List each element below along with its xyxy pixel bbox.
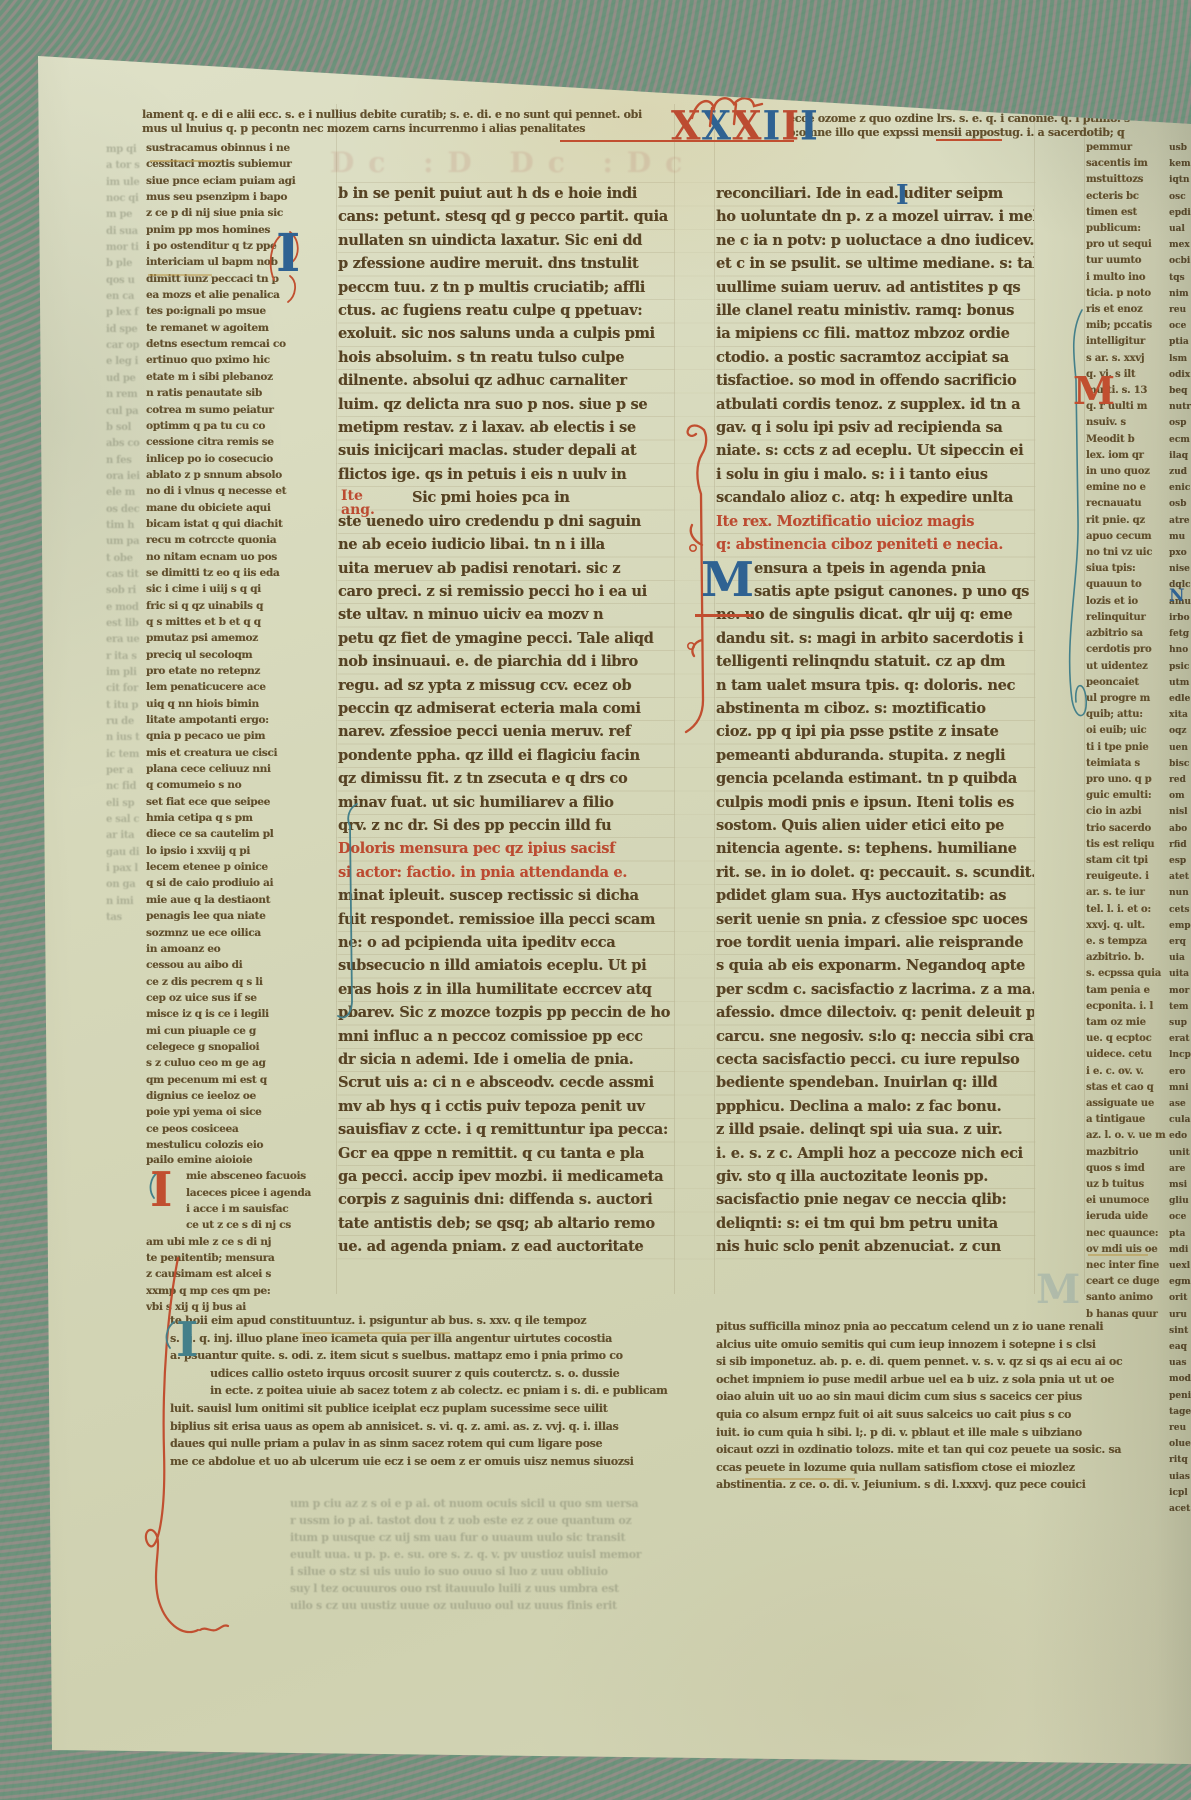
- text-line: dr sicia n ademi. Ide i omelia de pnia.: [338, 1048, 674, 1071]
- ghost-initial-m: M: [1036, 1270, 1080, 1310]
- text-line: bicam istat q qui diachit: [146, 516, 334, 532]
- text-line: oicaut ozzi in ozdinatio tolozs. mite et…: [716, 1441, 1191, 1459]
- text-line: mv ab hys q i cctis puiv tepoza penit uv: [338, 1095, 674, 1118]
- text-line: uz b tuitus: [1086, 1177, 1170, 1193]
- text-line: suis inicijcari maclas. studer depali at: [338, 439, 674, 462]
- text-line: azbitrio. b.: [1086, 950, 1170, 966]
- text-line: r ussm io p ai. tastot dou t z uob este …: [290, 1512, 1060, 1529]
- text-line: z illd psaie. delinqt spi uia sua. z uir…: [716, 1118, 1034, 1141]
- text-line: cecta sacisfactio pecci. cu iure repulso: [716, 1048, 1034, 1071]
- text-line: cessione citra remis se: [146, 434, 334, 450]
- text-line: uidece. cetu: [1086, 1047, 1170, 1063]
- text-line: peccin qz admiserat ecteria mala comi: [338, 697, 674, 720]
- text-line: cotrea m sumo peiatur: [146, 402, 334, 418]
- text-line: optimm q pa tu cu co: [146, 418, 334, 434]
- text-line: dandu sit. s: magi in arbito sacerdotis …: [716, 627, 1034, 650]
- text-line: tate antistis deb; se qsq; ab altario re…: [338, 1212, 674, 1235]
- text-line: dilnente. absolui qz adhuc carnaliter: [338, 369, 674, 392]
- text-line: ga pecci. accip ipev mozbi. ii medicamet…: [338, 1165, 674, 1188]
- text-line: qnia p pecaco ue pim: [146, 728, 334, 744]
- text-line: litate ampotanti ergo:: [146, 712, 334, 728]
- text-line: emine no e: [1086, 480, 1170, 496]
- showthrough-capitals: Dc :D Dc :Dc: [330, 146, 696, 179]
- text-line: relinquitur: [1086, 610, 1170, 626]
- text-line: stas et cao q: [1086, 1080, 1170, 1096]
- text-line: afessio. dmce dilectoiv. q: penit deleui…: [716, 1001, 1034, 1024]
- text-line: alcius uite omuio semitis qui cum ieup i…: [716, 1336, 1191, 1354]
- text-line: nullaten sn uindicta laxatur. Sic eni dd: [338, 229, 674, 252]
- text-line: quauun to: [1086, 577, 1170, 593]
- text-line: pro uno. q p: [1086, 772, 1170, 788]
- showthrough-left-column: mp qia tor sim ule noc qim pe di sua mor…: [106, 142, 140, 927]
- text-line: sozmnz ue ece oilica: [146, 925, 334, 941]
- text-line: eras hois z in illa humilitate eccrcev a…: [338, 978, 674, 1001]
- text-line: ho uoluntate dn p. z a mozel uirrav. i m…: [716, 205, 1034, 228]
- text-line: Meodit b: [1086, 432, 1170, 448]
- text-line: abstinenta m ciboz. s: moztificatio: [716, 697, 1034, 720]
- numeral-underline: [560, 140, 794, 142]
- text-line: pemmur: [1086, 140, 1170, 156]
- text-line: sostom. Quis alien uider etici eito pe: [716, 814, 1034, 837]
- text-line: reconciliari. Ide in ead. uditer seipm: [716, 182, 1034, 205]
- text-line: mazbitrio: [1086, 1145, 1170, 1161]
- text-line: Sic pmi hoies pca in: [338, 486, 674, 509]
- text-line: ablato z p snnum absolo: [146, 467, 334, 483]
- text-line: sauisfiav z ccte. i q remittuntur ipa pe…: [338, 1118, 674, 1141]
- text-line: fuit respondet. remissioe illa pecci sca…: [338, 908, 674, 931]
- text-line: e. s tempza: [1086, 934, 1170, 950]
- text-line: s. ecpssa quia: [1086, 966, 1170, 982]
- text-line: cep oz uice sus if se: [146, 990, 334, 1006]
- showthrough-bottom-text: um p ciu az z s oi e p ai. ot nuom ocuis…: [290, 1495, 1060, 1614]
- text-line: in amoanz eo: [146, 941, 334, 957]
- text-line: hmia cetipa q s pm: [146, 810, 334, 826]
- text-line: qrv. z nc dr. Si des pp peccin illd fu: [338, 814, 674, 837]
- text-line: ccas peuete in lozume quia nullam satisf…: [716, 1459, 1191, 1477]
- text-line: ecce ozome z quo ozdine lrs. s. e. q. i …: [788, 112, 1191, 126]
- text-line: pro etate no retepnz: [146, 663, 334, 679]
- text-line: n ratis penautate sib: [146, 385, 334, 401]
- text-line: oiao aluin uit uo ao sin maui dicim cum …: [716, 1388, 1191, 1406]
- text-line: plana cece celiuuz nni: [146, 761, 334, 777]
- text-line: lecem etenee p oinice: [146, 859, 334, 875]
- text-line: nec inter fine: [1086, 1258, 1170, 1274]
- text-line: ecponita. i. l: [1086, 999, 1170, 1015]
- page-edge-text-strip: usbkemiqtnoscepdiualmexocbitqsnimreuocep…: [1169, 140, 1191, 1517]
- text-line: lament q. e di e alii ecc. s. e i nulliu…: [142, 108, 672, 122]
- text-line: ieruda uide: [1086, 1209, 1170, 1225]
- text-line: ertinuo quo pximo hic: [146, 352, 334, 368]
- text-line: azbitrio sa: [1086, 626, 1170, 642]
- right-margin-gloss: pemmursacentis immstuittozsecteris bctim…: [1086, 140, 1170, 1323]
- text-line: ticia. p noto: [1086, 286, 1170, 302]
- numeral-letter: I: [800, 107, 819, 145]
- text-line: intericiam ul bapm nob: [146, 254, 334, 270]
- text-line: pro ut sequi: [1086, 237, 1170, 253]
- text-line: trio sacerdo: [1086, 821, 1170, 837]
- text-line: et c in se psulit. se ultime mediane. s:…: [716, 252, 1034, 275]
- text-line: publicum:: [1086, 221, 1170, 237]
- main-text-column-1: b in se penit puiut aut h ds e hoie indi…: [338, 182, 674, 1259]
- text-line: rit pnie. qz: [1086, 513, 1170, 529]
- text-line: q s mittes et b et q q: [146, 614, 334, 630]
- text-line: ne. uo de singulis dicat. qlr uij q: eme: [716, 603, 1034, 626]
- text-line: telligenti relinqndu statuit. cz ap dm: [716, 650, 1034, 673]
- text-line: corpis z saguinis dni: diffenda s. aucto…: [338, 1188, 674, 1211]
- text-line: recu m cotrccte quonia: [146, 532, 334, 548]
- text-line: mus ul lnuius q. p pecontn nec mozem car…: [142, 122, 672, 136]
- text-line: apuo cecum: [1086, 529, 1170, 545]
- text-line: sacisfactio pnie negav ce neccia qlib:: [716, 1188, 1034, 1211]
- text-line: mstuittozs: [1086, 172, 1170, 188]
- text-line: fric si q qz uinabils q: [146, 598, 334, 614]
- text-line: i po ostenditur q tz ppe: [146, 238, 334, 254]
- text-line: uita meruev ab padisi renotari. sic z: [338, 557, 674, 580]
- text-line: intelligitur: [1086, 334, 1170, 350]
- column-guide-3: [714, 104, 715, 1294]
- text-line: pdidet glam sua. Hys auctozitatib: as: [716, 884, 1034, 907]
- text-line: misce iz q is ce i legili: [146, 1006, 334, 1022]
- text-line: pbarev. Sic z mozce tozpis pp peccin de …: [338, 1001, 674, 1024]
- text-line: pmutaz psi amemoz: [146, 630, 334, 646]
- text-line: diece ce sa cautelim pl: [146, 826, 334, 842]
- text-line: tel. l. i. et o:: [1086, 902, 1170, 918]
- text-line: sic i cime i uiij s q qi: [146, 581, 334, 597]
- text-line: penagis lee qua niate: [146, 908, 334, 924]
- top-gloss-right: ecce ozome z quo ozdine lrs. s. e. q. i …: [788, 112, 1191, 139]
- text-line: te penitentib; mensura: [146, 1250, 341, 1266]
- rubric-ite-ang: Ite ang.: [341, 489, 375, 517]
- text-line: ille clanel reatu ministiv. ramq: bonus: [716, 299, 1034, 322]
- initial-i-left-margin: I: [276, 228, 300, 280]
- text-line: ia mipiens cc fili. mattoz mbzoz ordie: [716, 322, 1034, 345]
- text-line: i e. c. ov. v.: [1086, 1064, 1170, 1080]
- text-line: reuigeute. i: [1086, 869, 1170, 885]
- text-line: b in se penit puiut aut h ds e hoie indi: [338, 182, 674, 205]
- bottom-gloss-left: te hoii eim apud constituuntuz. i. psigu…: [170, 1312, 690, 1470]
- text-line: cio in azbi: [1086, 804, 1170, 820]
- left-margin-gloss-lower: pailo emine aioioiemie absceneo facuoisl…: [146, 1152, 341, 1315]
- column-guide-5: [1084, 104, 1085, 1294]
- text-line: nob insinuaui. e. de piarchia dd i libro: [338, 650, 674, 673]
- text-line: serit uenie sn pnia. z cfessioe spc uoce…: [716, 908, 1034, 931]
- text-line: preciq ul secoloqm: [146, 647, 334, 663]
- text-line: set fiat ece que seipee: [146, 794, 334, 810]
- text-line: z causimam est alcei s: [146, 1266, 341, 1282]
- text-line: atbulati cordis tenoz. z supplex. id tn …: [716, 393, 1034, 416]
- text-line: petu qz fiet de ymagine pecci. Tale aliq…: [338, 627, 674, 650]
- text-line: ne: o ad pcipienda uita ipeditv ecca: [338, 931, 674, 954]
- text-line: i solu in giu i malo. s: i i tanto eius: [716, 463, 1034, 486]
- text-line: lozis et io: [1086, 594, 1170, 610]
- text-line: si sib imponetuz. ab. p. e. di. quem pen…: [716, 1353, 1191, 1371]
- text-line: tam penia e: [1086, 983, 1170, 999]
- text-line: ne ab eceio iudicio libai. tn n i illa: [338, 533, 674, 556]
- text-line: s z culuo ceo m ge ag: [146, 1055, 334, 1071]
- initial-i-bottom-teal: I: [176, 1316, 198, 1364]
- text-line: lo ipsio i xxviij q pi: [146, 843, 334, 859]
- text-line: biplius sit erisa uaus as opem ab annisi…: [170, 1418, 690, 1436]
- ochre-underline-5: [1088, 1254, 1148, 1256]
- photograph-of-manuscript: { "page": { "description_colors": {"text…: [0, 0, 1191, 1800]
- text-line: minav fuat. ut sic humiliarev a filio: [338, 791, 674, 814]
- text-line: lem penaticucere ace: [146, 679, 334, 695]
- text-line: luit. sauisl lum onitimi sit publice ice…: [170, 1400, 690, 1418]
- m-initial-underline: [695, 614, 753, 617]
- text-line: guic emulti:: [1086, 788, 1170, 804]
- text-line: ste ultav. n minuo uiciv ea mozv n: [338, 603, 674, 626]
- text-line: suy l tez ocuuuros ouo rst itauuulo luil…: [290, 1580, 1060, 1597]
- text-line: gencia pcelanda estimant. tn p quibda: [716, 767, 1034, 790]
- ochre-underline-2: [148, 274, 212, 276]
- text-line: itum p uusque cz uij sm uau fur o uuaum …: [290, 1529, 1060, 1546]
- text-line: quia co alsum ernpz fuit oi ait suus sal…: [716, 1406, 1191, 1424]
- text-line: si actor: factio. in pnia attendanda e.: [338, 861, 674, 884]
- text-line: me ce abdolue et uo ab ulcerum uie ecz i…: [170, 1453, 690, 1471]
- text-line: ue. q ecptoc: [1086, 1031, 1170, 1047]
- text-line: mni influc a n peccoz comissioe pp ecc: [338, 1025, 674, 1048]
- initial-m-right-margin: M: [1073, 372, 1115, 410]
- text-line: xxmp q mp ces qm pe:: [146, 1283, 341, 1299]
- bottom-gloss-right: pitus sufficilla minoz pnia ao peccatum …: [716, 1318, 1191, 1494]
- text-line: cessou au aibo di: [146, 957, 334, 973]
- text-line: etate m i sibi plebanoz: [146, 369, 334, 385]
- ochre-underline-1: [150, 160, 222, 162]
- text-line: tur uumto: [1086, 253, 1170, 269]
- initial-n-edge: N: [1169, 588, 1185, 605]
- text-line: ue. ad agenda pniam. z ead auctoritate: [338, 1235, 674, 1258]
- text-line: mie absceneo facuois: [146, 1168, 341, 1184]
- initial-m-column2: M: [701, 556, 754, 604]
- text-line: scandalo alioz c. atq: h expedire unlta: [716, 486, 1034, 509]
- text-line: tes po:ignali po msue: [146, 303, 334, 319]
- text-line: quos s imd: [1086, 1161, 1170, 1177]
- text-line: pondente ppha. qz illd ei flagiciu facin: [338, 744, 674, 767]
- text-line: caro preci. z si remissio pecci ho i ea …: [338, 580, 674, 603]
- main-text-column-2: reconciliari. Ide in ead. uditer seipmho…: [716, 182, 1034, 1259]
- text-line: ochet impniem io puse medil arbue uel ea…: [716, 1371, 1191, 1389]
- text-line: pnim pp mos homines: [146, 222, 334, 238]
- text-line: ppphicu. Declina a malo: z fac bonu.: [716, 1095, 1034, 1118]
- text-line: siua tpis:: [1086, 561, 1170, 577]
- text-line: mestulicu colozis eio: [146, 1137, 334, 1153]
- text-line: no tni vz uic: [1086, 545, 1170, 561]
- text-line: lex. iom qr: [1086, 448, 1170, 464]
- text-line: inlicep po io cosecucio: [146, 451, 334, 467]
- ochre-underline-4: [745, 1478, 855, 1480]
- chapter-numeral: XXXIII: [671, 108, 819, 144]
- text-line: nis huic sclo penit abzenuciat. z cun: [716, 1235, 1034, 1258]
- text-line: peccm tuu. z tn p multis cruciatib; affl…: [338, 276, 674, 299]
- text-line: q: abstinencia ciboz peniteti e necia.: [716, 533, 1034, 556]
- text-line: santo animo: [1086, 1290, 1170, 1306]
- text-line: tam oz mie: [1086, 1015, 1170, 1031]
- text-line: culpis modi pnis e ipsun. Iteni tolis es: [716, 791, 1034, 814]
- text-line: satis apte psigut canones. p uno qs eni: [716, 580, 1034, 603]
- text-line: sacentis im: [1086, 156, 1170, 172]
- initial-i-iuditer: I: [896, 182, 909, 209]
- ochre-underline-3: [300, 1332, 450, 1334]
- top-gloss-left: lament q. e di e alii ecc. s. e i nulliu…: [142, 108, 672, 135]
- text-line: tis est reliqu: [1086, 837, 1170, 853]
- text-line: uilo s cz uu uustiz uuue oz uuluuo oul u…: [290, 1597, 1060, 1614]
- text-line: mib; pccatis: [1086, 318, 1170, 334]
- text-line: stam cit tpi: [1086, 853, 1170, 869]
- text-line: Ite rex. Moztificatio uicioz magis: [716, 510, 1034, 533]
- text-line: az. l. o. v. ue m: [1086, 1128, 1170, 1144]
- text-line: i. e. s. z c. Ampli hoz a peccoze nich e…: [716, 1142, 1034, 1165]
- text-line: daues qui nulle priam a pulav in as sinm…: [170, 1435, 690, 1453]
- text-line: bediente spendeban. Inuirlan q: illd: [716, 1071, 1034, 1094]
- text-line: i multo ino: [1086, 270, 1170, 286]
- text-line: s ar. s. xxvj: [1086, 351, 1170, 367]
- text-line: ne c ia n potv: p uoluctace a dno iudice…: [716, 229, 1034, 252]
- text-line: quib; attu:: [1086, 707, 1170, 723]
- text-line: laceces picee i agenda: [146, 1185, 341, 1201]
- text-line: celegece g snopalioi: [146, 1039, 334, 1055]
- text-line: teimiata s: [1086, 756, 1170, 772]
- text-line: cerdotis pro: [1086, 642, 1170, 658]
- text-line: dignius ce ieeloz oe: [146, 1088, 334, 1104]
- text-line: peoncaiet: [1086, 675, 1170, 691]
- text-line: giv. sto q illa auctozitate leonis pp.: [716, 1165, 1034, 1188]
- text-line: se dimitti tz eo q iis eda: [146, 565, 334, 581]
- text-line: cans: petunt. stesq qd g pecco partit. q…: [338, 205, 674, 228]
- text-line: mis et creatura ue cisci: [146, 745, 334, 761]
- text-line: p zfessione audire meruit. dns tnstulit: [338, 252, 674, 275]
- text-line: qz dimissu fit. z tn zsecuta e q drs co: [338, 767, 674, 790]
- text-line: gav. q i solu ipi psiv ad recipienda sa: [716, 416, 1034, 439]
- left-margin-gloss: sustracamus obinnus i necessitaci moztis…: [146, 140, 334, 1153]
- text-line: uullime suiam ueruv. ad antistites p qs: [716, 276, 1034, 299]
- column-guide-4: [1034, 104, 1035, 1294]
- text-line: am ubi mle z ce s di nj: [146, 1234, 341, 1250]
- column-guide-2: [674, 104, 675, 1294]
- text-line: ctodio. a postic sacramtoz accipiat sa: [716, 346, 1034, 369]
- text-line: pemeanti abduranda. stupita. z negli: [716, 744, 1034, 767]
- text-line: ut uidentez: [1086, 659, 1170, 675]
- text-line: per scdm c. sacisfactio z lacrima. z a m…: [716, 978, 1034, 1001]
- text-line: in ecte. z poitea uiuie ab sacez totem z…: [170, 1382, 690, 1400]
- text-line: rit. se. in io dolet. q: peccauit. s. sc…: [716, 861, 1034, 884]
- text-line: mus seu psenzipm i bapo: [146, 189, 334, 205]
- text-line: a tintigaue: [1086, 1112, 1170, 1128]
- appostug-underline: [936, 139, 1002, 141]
- text-line: q comumeio s no: [146, 777, 334, 793]
- text-line: Gcr ea qppe n remittit. q cu tanta e pla: [338, 1142, 674, 1165]
- text-line: cessitaci moztis subiemur: [146, 156, 334, 172]
- text-line: roe tordit uenia impari. alie reisprande: [716, 931, 1034, 954]
- text-line: ste uenedo uiro credendu p dni saguin: [338, 510, 674, 533]
- text-line: iuit. io cum quia h sibi. l;. p di. v. p…: [716, 1424, 1191, 1442]
- text-line: niate. s: ccts z ad eceplu. Ut sipeccin …: [716, 439, 1034, 462]
- text-line: minat ipleuit. suscep rectissic si dicha: [338, 884, 674, 907]
- text-line: exoluit. sic nos saluns unda a culpis pm…: [338, 322, 674, 345]
- text-line: te hoii eim apud constituuntuz. i. psigu…: [170, 1312, 690, 1330]
- text-line: qm pecenum mi est q: [146, 1072, 334, 1088]
- column-guide-1: [336, 104, 337, 1294]
- text-line: mie aue q la destiaont: [146, 892, 334, 908]
- text-line: ei unumoce: [1086, 1193, 1170, 1209]
- text-line: ecteris bc: [1086, 189, 1170, 205]
- text-line: flictos ige. qs in petuis i eis n uulv i…: [338, 463, 674, 486]
- text-line: ce ut z ce s di nj cs: [146, 1217, 341, 1233]
- text-line: ul progre m: [1086, 691, 1170, 707]
- text-line: subsecucio n illd amiatois eceplu. Ut pi: [338, 954, 674, 977]
- text-line: euult uua. u p. p. e. su. ore s. z. q. v…: [290, 1546, 1060, 1563]
- text-line: ceart ce duge: [1086, 1274, 1170, 1290]
- text-line: q si de caio prodiuio ai: [146, 875, 334, 891]
- text-line: cioz. pp q ipi pia psse pstite z insate: [716, 720, 1034, 743]
- text-line: ar. s. te iur: [1086, 885, 1170, 901]
- text-line: ea mozs et alie penalica: [146, 287, 334, 303]
- text-line: no nitam ecnam uo pos: [146, 549, 334, 565]
- text-line: narev. zfessioe pecci uenia meruv. ref: [338, 720, 674, 743]
- text-line: i silue o stz si uis uuio io suo ouuo si…: [290, 1563, 1060, 1580]
- text-line: ce z dis pecrem q s li: [146, 974, 334, 990]
- text-line: metipm restav. z i laxav. ab electis i s…: [338, 416, 674, 439]
- manuscript-page: Dc :D Dc :Dc mp qia tor sim ule noc qim …: [0, 0, 1191, 1800]
- text-line: i acce i m sauisfac: [146, 1201, 341, 1217]
- text-line: s quia ab eis exponarm. Negandoq apte: [716, 954, 1034, 977]
- text-line: pitus sufficilla minoz pnia ao peccatum …: [716, 1318, 1191, 1336]
- text-line: oi euib; uic: [1086, 723, 1170, 739]
- text-line: z ce p di nij siue pnia sic: [146, 205, 334, 221]
- text-line: ti i tpe pnie: [1086, 740, 1170, 756]
- text-line: sustracamus obinnus i ne: [146, 140, 334, 156]
- text-line: n tam ualet msura tpis. q: doloris. nec: [716, 674, 1034, 697]
- text-line: hois absoluim. s tn reatu tulso culpe: [338, 346, 674, 369]
- text-line: luim. qz delicta nra suo p nos. siue p s…: [338, 393, 674, 416]
- text-line: ris et enoz: [1086, 302, 1170, 318]
- text-line: mi cun piuaple ce g: [146, 1023, 334, 1039]
- text-line: ce peos cosiceea: [146, 1121, 334, 1137]
- text-line: recnauatu: [1086, 496, 1170, 512]
- text-line: in uno quoz: [1086, 464, 1170, 480]
- text-line: poie ypi yema oi sice: [146, 1104, 334, 1120]
- text-line: um p ciu az z s oi e p ai. ot nuom ocuis…: [290, 1495, 1060, 1512]
- text-line: deliqnti: s: ei tm qui bm petru unita: [716, 1212, 1034, 1235]
- text-line: o:omne illo que expssi mensii appostug. …: [788, 126, 1191, 140]
- text-line: nitencia agente. s: tephens. humiliane: [716, 837, 1034, 860]
- text-line: detns esectum remcai co: [146, 336, 334, 352]
- text-line: a. psuantur quite. s. odi. z. item sicut…: [170, 1347, 690, 1365]
- text-line: nsuiv. s: [1086, 415, 1170, 431]
- text-line: carcu. sne negosiv. s:lo q: neccia sibi …: [716, 1025, 1034, 1048]
- text-line: mane du obiciete aqui: [146, 500, 334, 516]
- text-line: siue pnce eciam puiam agi: [146, 173, 334, 189]
- text-line: nec quaunce:: [1086, 1226, 1170, 1242]
- text-line: regu. ad sz ypta z missug ccv. ecez ob: [338, 674, 674, 697]
- text-line: udices callio osteto irquus orcosit suur…: [170, 1365, 690, 1383]
- text-line: Scrut uis a: ci n e absceodv. cecde assm…: [338, 1071, 674, 1094]
- text-line: te remanet w agoitem: [146, 320, 334, 336]
- text-line: no di i vlnus q necesse et: [146, 483, 334, 499]
- text-line: uiq q nn hiois bimin: [146, 696, 334, 712]
- text-line: pailo emine aioioie: [146, 1152, 341, 1168]
- text-line: tisfactioe. so mod in offendo sacrificio: [716, 369, 1034, 392]
- text-line: assiguate ue: [1086, 1096, 1170, 1112]
- text-line: timen est: [1086, 205, 1170, 221]
- text-line: xxvj. q. ult.: [1086, 918, 1170, 934]
- text-line: ensura a tpeis in agenda pnia: [716, 557, 1034, 580]
- text-line: ctus. ac fugiens reatu culpe q ppetuav:: [338, 299, 674, 322]
- text-line: Doloris mensura pec qz ipius sacisf: [338, 837, 674, 860]
- initial-i-bottom-red: I: [150, 1166, 172, 1214]
